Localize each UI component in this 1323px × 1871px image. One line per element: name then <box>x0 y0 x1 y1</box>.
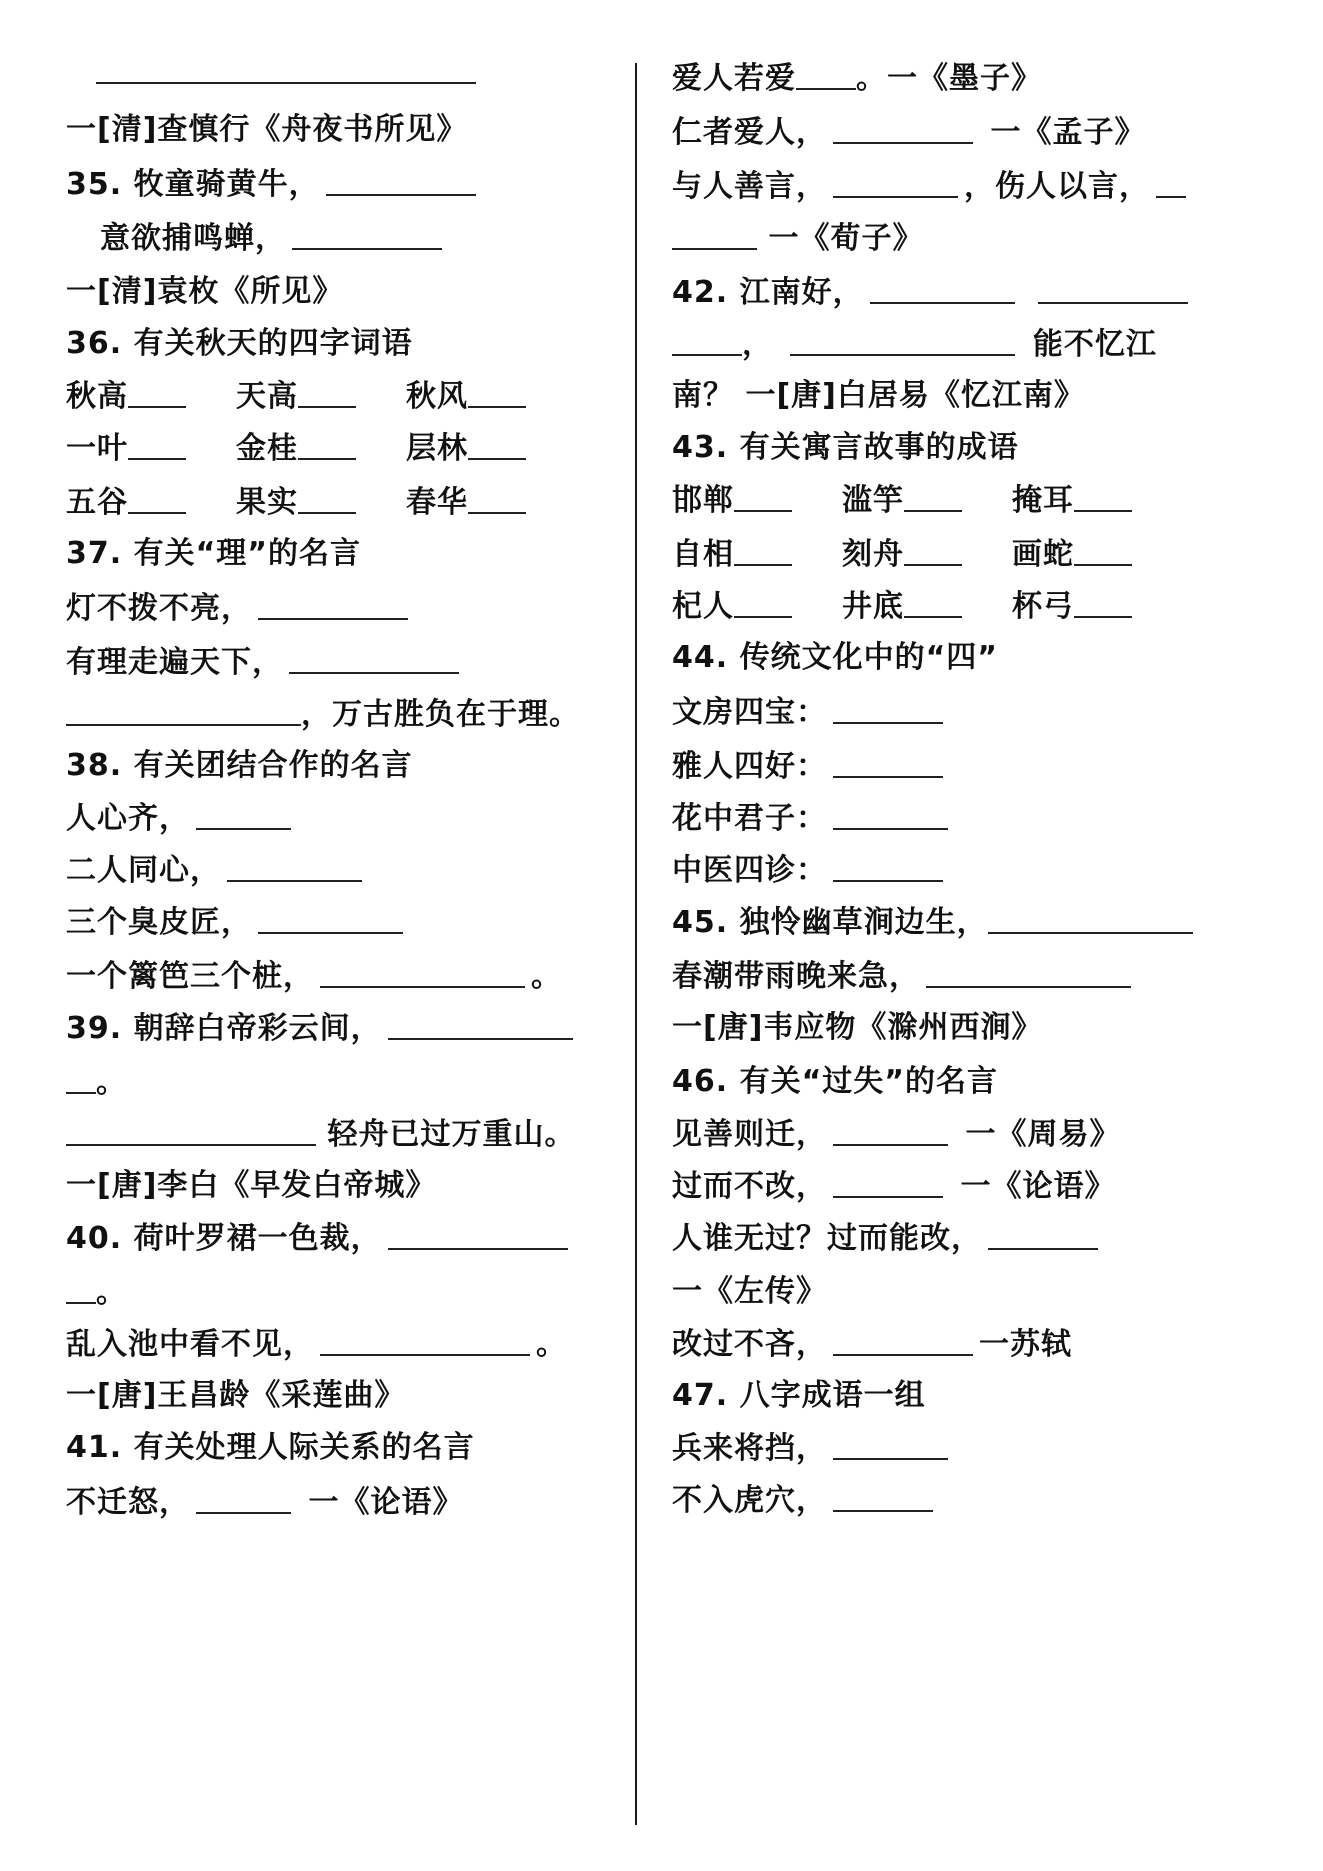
answer-blank[interactable] <box>833 1166 943 1198</box>
worksheet-line: 有理走遍天下， <box>66 640 465 684</box>
worksheet-line: 花中君子： <box>672 796 954 840</box>
line-suffix: 一《周易》 <box>954 1117 1120 1152</box>
answer-blank[interactable] <box>468 482 526 514</box>
line-text: 46. 有关“过失”的名言 <box>672 1064 998 1099</box>
worksheet-line: 39. 朝辞白帝彩云间， <box>66 1006 579 1050</box>
answer-blank[interactable] <box>258 902 403 934</box>
answer-blank[interactable] <box>128 428 186 460</box>
answer-blank[interactable] <box>672 324 742 356</box>
worksheet-line: 一[清]袁枚《所见》 <box>66 270 343 314</box>
line-text: 42. 江南好， <box>672 275 864 310</box>
worksheet-line: 一《左传》 <box>672 1270 827 1314</box>
worksheet-line: ， 能不忆江 <box>672 322 1157 366</box>
answer-blank[interactable] <box>320 1324 530 1356</box>
answer-blank[interactable] <box>298 376 356 408</box>
answer-blank[interactable] <box>988 1218 1098 1250</box>
worksheet-line: 南？ 一[唐]白居易《忆江南》 <box>672 374 1085 418</box>
line-text: 。 <box>96 1275 127 1310</box>
blank-grid-row: 自相刻舟画蛇 <box>672 532 1182 577</box>
worksheet-line: 三个臭皮匠， <box>66 900 409 944</box>
worksheet-line: ，万古胜负在于理。 <box>66 692 580 736</box>
word-prompt: 杯弓 <box>1012 585 1074 629</box>
answer-blank[interactable] <box>298 482 356 514</box>
worksheet-line: 不迁怒， 一《论语》 <box>66 1480 463 1524</box>
answer-blank[interactable] <box>833 166 958 198</box>
worksheet-line: 杞人井底杯弓 <box>672 584 1182 628</box>
answer-blank[interactable] <box>904 586 962 618</box>
line-text: 文房四宝： <box>672 695 827 730</box>
worksheet-line <box>96 50 476 94</box>
worksheet-line: 35. 牧童骑黄牛， <box>66 162 482 206</box>
word-prompt: 画蛇 <box>1012 533 1074 577</box>
worksheet-line: 一《荀子》 <box>672 216 923 260</box>
word-prompt: 自相 <box>672 533 734 577</box>
worksheet-line: 一叶金桂层林 <box>66 426 576 470</box>
line-text: 一个篱笆三个桩， <box>66 959 314 994</box>
worksheet-line: 45. 独怜幽草涧边生， <box>672 900 1193 944</box>
line-text: ，万古胜负在于理。 <box>301 697 580 732</box>
worksheet-line: 37. 有关“理”的名言 <box>66 532 361 576</box>
worksheet-line: 一[清]查慎行《舟夜书所见》 <box>66 108 467 152</box>
line-suffix: 一《论语》 <box>297 1485 463 1520</box>
line-text: 仁者爱人， <box>672 115 827 150</box>
answer-blank[interactable] <box>926 956 1131 988</box>
line-text: 乱入池中看不见， <box>66 1327 314 1362</box>
answer-blank[interactable] <box>292 218 442 250</box>
line-tail: 能不忆江 <box>1021 327 1156 362</box>
line-suffix: 一《孟子》 <box>979 115 1145 150</box>
answer-blank[interactable] <box>128 482 186 514</box>
grid-cell: 天高 <box>236 374 406 419</box>
line-text: 47. 八字成语一组 <box>672 1378 926 1413</box>
grid-cell: 自相 <box>672 532 842 577</box>
worksheet-line: 36. 有关秋天的四字词语 <box>66 322 413 366</box>
line-text: 二人同心， <box>66 853 221 888</box>
worksheet-line: 灯不拨不亮， <box>66 586 414 630</box>
answer-blank[interactable] <box>468 428 526 460</box>
line-text: 39. 朝辞白帝彩云间， <box>66 1011 382 1046</box>
line-text: 兵来将挡， <box>672 1431 827 1466</box>
word-prompt: 果实 <box>236 481 298 525</box>
grid-cell: 金桂 <box>236 426 406 471</box>
worksheet-line: 乱入池中看不见，。 <box>66 1322 567 1366</box>
grid-cell: 一叶 <box>66 426 236 471</box>
worksheet-line: 春潮带雨晚来急， <box>672 954 1137 998</box>
worksheet-line: 一[唐]王昌龄《采莲曲》 <box>66 1374 405 1418</box>
answer-blank[interactable] <box>833 112 973 144</box>
line-text: 不迁怒， <box>66 1485 190 1520</box>
answer-blank[interactable] <box>833 1114 948 1146</box>
line-suffix: 一苏轼 <box>979 1327 1072 1362</box>
worksheet-line: 。 <box>66 1060 127 1104</box>
answer-blank[interactable] <box>833 1428 948 1460</box>
grid-cell: 果实 <box>236 480 406 525</box>
worksheet-line: 人心齐， <box>66 796 297 840</box>
worksheet-line: 42. 江南好， <box>672 270 1194 314</box>
line-text: 有理走遍天下， <box>66 645 283 680</box>
blank-grid-row: 五谷果实春华 <box>66 480 576 525</box>
line-text: 中医四诊： <box>672 853 827 888</box>
grid-cell: 五谷 <box>66 480 236 525</box>
line-text: 一[唐]王昌龄《采莲曲》 <box>66 1378 405 1413</box>
line-text: 人心齐， <box>66 801 190 836</box>
line-text: 意欲捕鸣蝉， <box>100 221 286 256</box>
worksheet-line: 中医四诊： <box>672 848 949 892</box>
worksheet-line: 秋高天高秋风 <box>66 374 576 418</box>
worksheet-line: 兵来将挡， <box>672 1426 954 1470</box>
blank-grid-row: 秋高天高秋风 <box>66 374 576 419</box>
worksheet-line: 爱人若爱。一《墨子》 <box>672 56 1042 100</box>
answer-blank[interactable] <box>833 1480 933 1512</box>
answer-blank[interactable] <box>128 376 186 408</box>
answer-blank[interactable] <box>904 480 962 512</box>
line-text: 花中君子： <box>672 801 827 836</box>
answer-blank[interactable] <box>833 692 943 724</box>
worksheet-line: 一个篱笆三个桩，。 <box>66 954 562 998</box>
line-text: 爱人若爱 <box>672 61 796 96</box>
answer-blank[interactable] <box>1074 480 1132 512</box>
line-text: 改过不吝， <box>672 1327 827 1362</box>
worksheet-line: 不入虎穴， <box>672 1478 939 1522</box>
answer-blank[interactable] <box>1074 534 1132 566</box>
answer-blank[interactable] <box>988 902 1193 934</box>
answer-blank[interactable] <box>388 1008 573 1040</box>
word-prompt: 井底 <box>842 585 904 629</box>
answer-blank[interactable] <box>96 52 476 84</box>
worksheet-line: 过而不改， 一《论语》 <box>672 1164 1115 1208</box>
line-text: 44. 传统文化中的“四” <box>672 640 998 675</box>
worksheet-line: 43. 有关寓言故事的成语 <box>672 426 1019 470</box>
answer-blank[interactable] <box>833 850 943 882</box>
line-text: 45. 独怜幽草涧边生， <box>672 905 988 940</box>
answer-blank[interactable] <box>66 1272 96 1304</box>
word-prompt: 滥竽 <box>842 479 904 523</box>
answer-blank[interactable] <box>66 1114 316 1146</box>
line-text: 灯不拨不亮， <box>66 591 252 626</box>
word-prompt: 春华 <box>406 481 468 525</box>
line-text: 一《荀子》 <box>757 221 923 256</box>
word-prompt: 秋风 <box>406 375 468 419</box>
answer-blank[interactable] <box>196 798 291 830</box>
answer-blank[interactable] <box>388 1218 568 1250</box>
line-text: 43. 有关寓言故事的成语 <box>672 430 1019 465</box>
worksheet-line: 轻舟已过万重山。 <box>66 1112 575 1156</box>
answer-blank[interactable] <box>796 58 856 90</box>
worksheet-line: 意欲捕鸣蝉， <box>66 216 448 260</box>
worksheet-line: 一[唐]李白《早发白帝城》 <box>66 1164 436 1208</box>
answer-blank[interactable] <box>833 1324 973 1356</box>
answer-blank[interactable] <box>734 480 792 512</box>
answer-blank[interactable] <box>66 1062 96 1094</box>
grid-cell: 井底 <box>842 584 1012 629</box>
line-text: 过而不改， <box>672 1169 827 1204</box>
blank-grid-row: 一叶金桂层林 <box>66 426 576 471</box>
line-text: 35. 牧童骑黄牛， <box>66 167 320 202</box>
worksheet-line: 与人善言，，伤人以言， <box>672 164 1192 208</box>
word-prompt: 杞人 <box>672 585 734 629</box>
line-text: 轻舟已过万重山。 <box>316 1117 575 1152</box>
line-suffix <box>1021 275 1032 310</box>
worksheet-line: 五谷果实春华 <box>66 480 576 524</box>
worksheet-line: 见善则迁， 一《周易》 <box>672 1112 1120 1156</box>
worksheet-line: 40. 荷叶罗裙一色裁， <box>66 1216 574 1260</box>
worksheet-line: 雅人四好： <box>672 744 949 788</box>
grid-cell: 秋风 <box>406 374 576 419</box>
line-text: 。 <box>96 1065 127 1100</box>
blank-grid-row: 邯郸滥竽掩耳 <box>672 478 1182 523</box>
worksheet-line: 二人同心， <box>66 848 368 892</box>
line-suffix: 。 <box>536 1327 567 1362</box>
line-text: 一[清]袁枚《所见》 <box>66 274 343 309</box>
worksheet-line: 仁者爱人， 一《孟子》 <box>672 110 1145 154</box>
word-prompt: 五谷 <box>66 481 128 525</box>
word-prompt: 金桂 <box>236 427 298 471</box>
answer-blank[interactable] <box>320 956 525 988</box>
line-text: 与人善言， <box>672 169 827 204</box>
answer-blank[interactable] <box>227 850 362 882</box>
grid-cell: 层林 <box>406 426 576 471</box>
worksheet-line: 邯郸滥竽掩耳 <box>672 478 1182 522</box>
grid-cell: 画蛇 <box>1012 532 1182 577</box>
blank-grid-row: 杞人井底杯弓 <box>672 584 1182 629</box>
answer-blank[interactable] <box>672 218 757 250</box>
line-text: 38. 有关团结合作的名言 <box>66 748 413 783</box>
answer-blank[interactable] <box>870 272 1015 304</box>
worksheet-line: 。 <box>66 1270 127 1314</box>
answer-blank[interactable] <box>1074 586 1132 618</box>
worksheet-line: 人谁无过？过而能改， <box>672 1216 1104 1260</box>
line-text: 一[唐]李白《早发白帝城》 <box>66 1168 436 1203</box>
worksheet-line: 自相刻舟画蛇 <box>672 532 1182 576</box>
answer-blank[interactable] <box>1156 166 1186 198</box>
grid-cell: 秋高 <box>66 374 236 419</box>
answer-blank[interactable] <box>734 586 792 618</box>
line-text: 南？ 一[唐]白居易《忆江南》 <box>672 378 1085 413</box>
worksheet-line: 文房四宝： <box>672 690 949 734</box>
worksheet-line: 一[唐]韦应物《滁州西涧》 <box>672 1006 1042 1050</box>
line-text: ， <box>742 327 784 362</box>
worksheet-line: 41. 有关处理人际关系的名言 <box>66 1426 475 1470</box>
answer-blank[interactable] <box>66 694 301 726</box>
line-text: 见善则迁， <box>672 1117 827 1152</box>
worksheet-line: 改过不吝，一苏轼 <box>672 1322 1072 1366</box>
answer-blank[interactable] <box>833 798 948 830</box>
worksheet-page: 一[清]查慎行《舟夜书所见》35. 牧童骑黄牛，意欲捕鸣蝉，一[清]袁枚《所见》… <box>0 0 1323 1871</box>
answer-blank[interactable] <box>289 642 459 674</box>
line-text: 一[唐]韦应物《滁州西涧》 <box>672 1010 1042 1045</box>
line-text: 不入虎穴， <box>672 1483 827 1518</box>
line-text: 三个臭皮匠， <box>66 905 252 940</box>
grid-cell: 邯郸 <box>672 478 842 523</box>
word-prompt: 刻舟 <box>842 533 904 577</box>
word-prompt: 秋高 <box>66 375 128 419</box>
grid-cell: 春华 <box>406 480 576 525</box>
grid-cell: 杞人 <box>672 584 842 629</box>
answer-blank[interactable] <box>790 324 1015 356</box>
answer-blank[interactable] <box>298 428 356 460</box>
word-prompt: 邯郸 <box>672 479 734 523</box>
answer-blank[interactable] <box>904 534 962 566</box>
line-text: 36. 有关秋天的四字词语 <box>66 326 413 361</box>
line-text: 春潮带雨晚来急， <box>672 959 920 994</box>
grid-cell: 掩耳 <box>1012 478 1182 523</box>
worksheet-line: 38. 有关团结合作的名言 <box>66 744 413 788</box>
word-prompt: 天高 <box>236 375 298 419</box>
line-text: 40. 荷叶罗裙一色裁， <box>66 1221 382 1256</box>
worksheet-line: 46. 有关“过失”的名言 <box>672 1060 998 1104</box>
answer-blank[interactable] <box>326 164 476 196</box>
worksheet-line: 47. 八字成语一组 <box>672 1374 926 1418</box>
line-text: 人谁无过？过而能改， <box>672 1221 982 1256</box>
word-prompt: 一叶 <box>66 427 128 471</box>
line-suffix: 。一《墨子》 <box>856 61 1042 96</box>
line-text: 一[清]查慎行《舟夜书所见》 <box>66 112 467 147</box>
grid-cell: 滥竽 <box>842 478 1012 523</box>
line-text: 37. 有关“理”的名言 <box>66 536 361 571</box>
line-text: 雅人四好： <box>672 749 827 784</box>
line-text: 一《左传》 <box>672 1274 827 1309</box>
grid-cell: 刻舟 <box>842 532 1012 577</box>
worksheet-line: 44. 传统文化中的“四” <box>672 636 998 680</box>
word-prompt: 层林 <box>406 427 468 471</box>
line-suffix: ，伤人以言， <box>964 169 1150 204</box>
word-prompt: 掩耳 <box>1012 479 1074 523</box>
column-divider <box>635 63 637 1825</box>
answer-blank[interactable] <box>258 588 408 620</box>
answer-blank[interactable] <box>196 1482 291 1514</box>
line-suffix: 。 <box>531 959 562 994</box>
answer-blank[interactable] <box>468 376 526 408</box>
grid-cell: 杯弓 <box>1012 584 1182 629</box>
line-text: 41. 有关处理人际关系的名言 <box>66 1430 475 1465</box>
answer-blank[interactable] <box>1038 272 1188 304</box>
line-suffix: 一《论语》 <box>949 1169 1115 1204</box>
answer-blank[interactable] <box>833 746 943 778</box>
answer-blank[interactable] <box>734 534 792 566</box>
